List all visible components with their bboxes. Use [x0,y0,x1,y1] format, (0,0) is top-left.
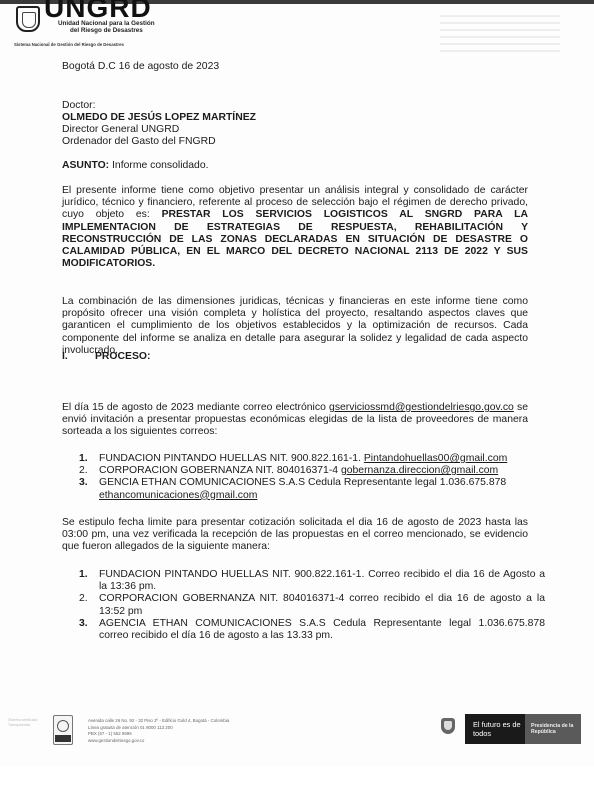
subject-text: Informe consolidado. [109,160,208,171]
list-text: CORPORACION GOBERNANZA NIT. 804016371-4 … [99,593,545,616]
logo-subtitle-2: del Riesgo de Desastres [70,27,143,34]
list-text: CORPORACION GOBERNANZA NIT. 804016371-4 [99,465,341,476]
bleed-through [440,12,560,52]
subject-label: ASUNTO: [62,160,109,171]
salutation: Doctor: [62,100,96,112]
paragraph-objective: El presente informe tiene como objetivo … [62,185,528,270]
logo-wordmark: UNGRD [44,0,152,22]
logo-subtitle-1: Unidad Nacional para la Gestión [58,20,155,27]
list-item: 1.FUNDACION PINTANDO HUELLAS NIT. 900.82… [79,569,545,593]
email-link-gservicios[interactable]: gserviciossmd@gestiondelriesgo.gov.co [329,402,514,413]
list-item: 2.CORPORACION GOBERNANZA NIT. 804016371-… [79,465,549,477]
invitation-text-a: El día 15 de agosto de 2023 mediante cor… [62,402,329,413]
list-number: 1. [79,453,88,465]
email-link[interactable]: gobernanza.direccion@gmail.com [341,465,498,476]
received-list: 1.FUNDACION PINTANDO HUELLAS NIT. 900.82… [79,569,545,642]
phone-line: Línea gratuita de atención 01 8000 113 2… [88,725,229,732]
section-title: PROCESO: [95,351,150,363]
footer-address: Avenida calle 26 No. 92 - 32 Piso 2º - E… [88,718,229,744]
coat-of-arms-icon [16,6,40,32]
list-text: FUNDACION PINTANDO HUELLAS NIT. 900.822.… [99,569,545,592]
email-link[interactable]: ethancomunicaciones@gmail.com [99,490,257,501]
bottom-margin [0,766,594,790]
footer-note: Sistema certificado Transparencia [8,718,48,728]
pbx-line: PBX (57 - 1) 552 9696 [88,731,229,738]
recipient-title-1: Director General UNGRD [62,124,179,136]
logo-subtitle-3: Sistema Nacional de Gestión del Riesgo d… [14,42,124,47]
el-futuro-banner: El futuro es de todos [465,714,525,744]
paragraph-invitation: El día 15 de agosto de 2023 mediante cor… [62,402,528,439]
list-item: 2.CORPORACION GOBERNANZA NIT. 804016371-… [79,593,545,617]
paragraph-deadline: Se estipulo fecha limite para presentar … [62,517,528,554]
list-number: 3. [79,477,88,489]
colombia-shield-icon [441,718,455,734]
email-link[interactable]: Pintandohuellas00@gmail.com [364,453,507,464]
document-page: UNGRD Unidad Nacional para la Gestión de… [0,4,594,766]
list-text: AGENCIA ETHAN COMUNICACIONES S.A.S Cedul… [99,618,545,641]
place-date: Bogotá D.C 16 de agosto de 2023 [62,61,219,73]
list-number: 2. [79,465,88,477]
address-line: Avenida calle 26 No. 92 - 32 Piso 2º - E… [88,718,229,725]
invited-list: 1.FUNDACION PINTANDO HUELLAS NIT. 900.82… [79,453,549,502]
list-number: 2. [79,593,88,605]
list-text: FUNDACION PINTANDO HUELLAS NIT. 900.822.… [99,453,364,464]
list-item: 3.GENCIA ETHAN COMUNICACIONES S.A.S Cedu… [79,477,549,501]
list-number: 3. [79,618,88,630]
website-line: www.gestiondelriesgo.gov.co [88,738,229,745]
paragraph-combination: La combinación de las dimensiones juridi… [62,296,528,357]
subject: ASUNTO: Informe consolidado. [62,160,209,172]
section-number: I. [62,351,68,363]
list-number: 1. [79,569,88,581]
list-item: 1.FUNDACION PINTANDO HUELLAS NIT. 900.82… [79,453,549,465]
recipient-title-2: Ordenador del Gasto del FNGRD [62,136,216,148]
presidencia-banner: Presidencia de la República [525,714,581,744]
recipient-name: OLMEDO DE JESÚS LOPEZ MARTÍNEZ [62,112,256,124]
list-item: 3.AGENCIA ETHAN COMUNICACIONES S.A.S Ced… [79,618,545,642]
list-text: GENCIA ETHAN COMUNICACIONES S.A.S Cedula… [99,477,506,488]
certification-seal-icon [53,715,73,745]
